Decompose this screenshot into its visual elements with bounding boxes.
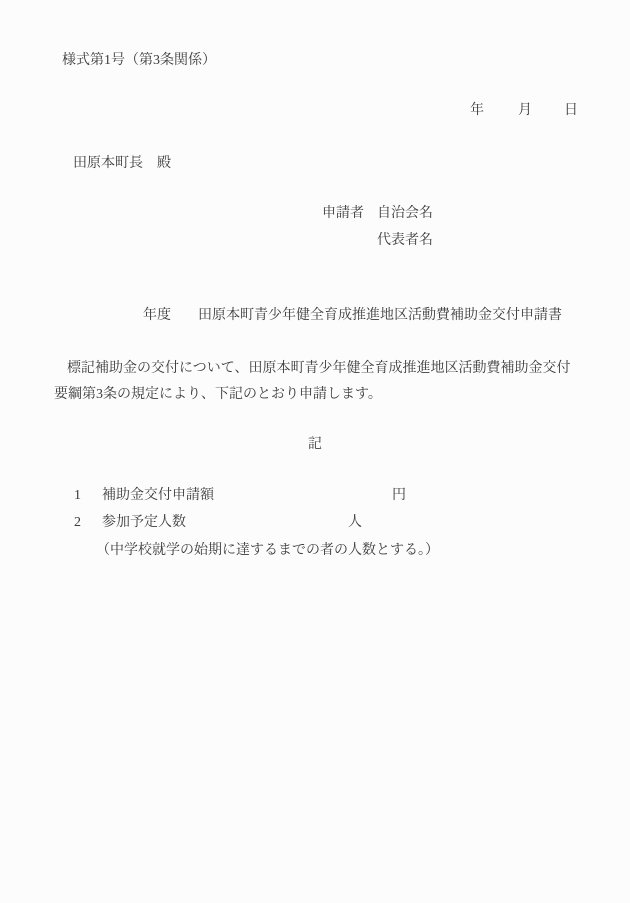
record-marker: 記 — [0, 438, 630, 452]
item-1-label: 補助金交付申請額 — [102, 489, 214, 503]
form-number: 様式第1号（第3条関係） — [62, 54, 216, 68]
body-paragraph-line-1: 標記補助金の交付について、田原本町青少年健全育成推進地区活動費補助金交付 — [67, 362, 570, 376]
item-2-unit: 人 — [348, 516, 362, 530]
item-1-unit: 円 — [392, 489, 406, 503]
item-1-number: 1 — [74, 489, 81, 503]
item-2-label: 参加予定人数 — [102, 516, 186, 530]
date-year-label: 年 — [470, 104, 484, 118]
item-2-number: 2 — [74, 516, 81, 530]
addressee: 田原本町長 殿 — [73, 157, 171, 171]
fiscal-year-label: 年度 — [143, 309, 171, 323]
participants-note: （中学校就学の始期に達するまでの者の人数とする。） — [96, 544, 439, 558]
date-month-label: 月 — [518, 104, 532, 118]
application-form-page: 様式第1号（第3条関係） 年 月 日 田原本町長 殿 申請者 自治会名 代表者名… — [0, 0, 630, 903]
date-day-label: 日 — [564, 104, 578, 118]
document-title: 田原本町青少年健全育成推進地区活動費補助金交付申請書 — [198, 309, 562, 323]
body-paragraph-line-2: 要綱第3条の規定により、下記のとおり申請します。 — [54, 388, 382, 402]
representative-name-label: 代表者名 — [377, 234, 433, 248]
association-name-label: 自治会名 — [377, 207, 433, 221]
applicant-label: 申請者 — [322, 207, 364, 221]
